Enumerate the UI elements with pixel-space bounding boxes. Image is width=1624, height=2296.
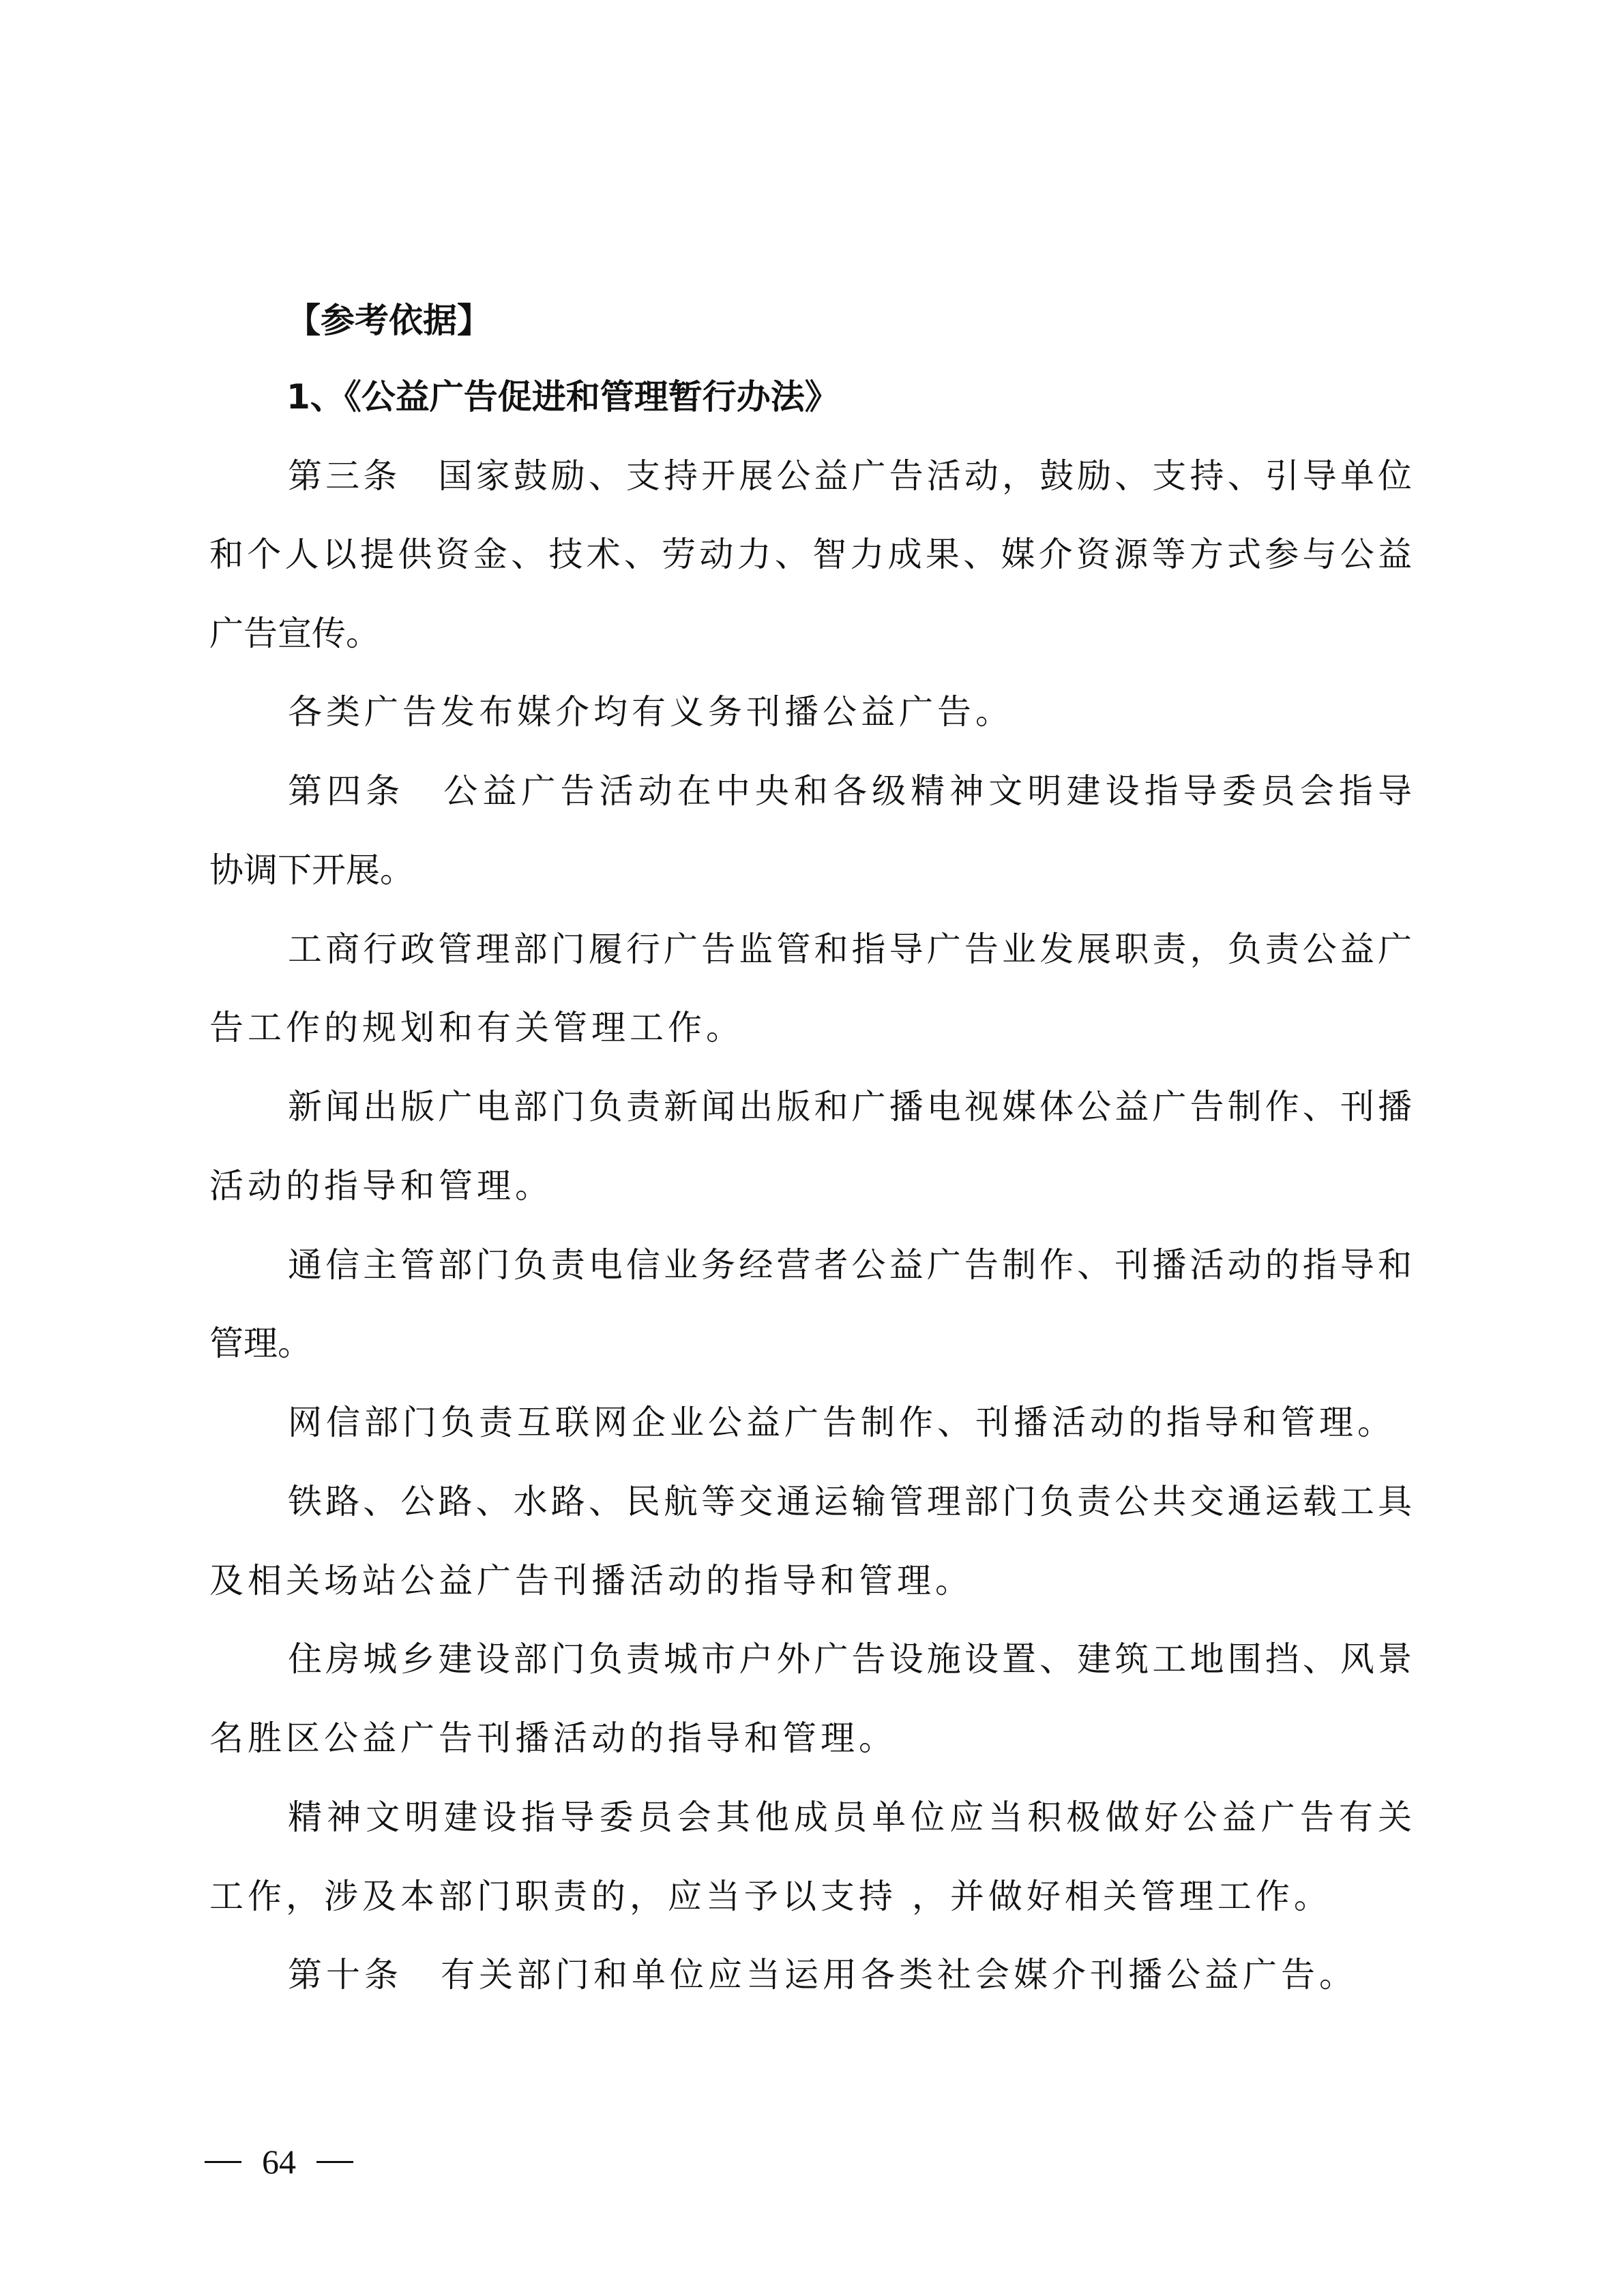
- body-line: 住房城乡建设部门负责城市户外广告设施设置、建筑工地围挡、风景: [288, 1632, 1412, 1686]
- body-line: 名胜区公益广告刊播活动的指导和管理。: [209, 1711, 897, 1765]
- body-line: 活动的指导和管理。: [209, 1159, 553, 1213]
- body-line: 各类广告发布媒介均有义务刊播公益广告。: [288, 685, 1014, 739]
- body-line: 第四条 公益广告活动在中央和各级精神文明建设指导委员会指导: [288, 764, 1412, 818]
- body-line: 工作，涉及本部门职责的，应当予以支持 ，并做好相关管理工作。: [209, 1869, 1332, 1924]
- body-line: 协调下开展。: [209, 843, 414, 897]
- body-line: 第十条 有关部门和单位应当运用各类社会媒介刊播公益广告。: [288, 1948, 1357, 2002]
- body-line: 管理。: [209, 1316, 312, 1371]
- document-page: 【参考依据】 1、《公益广告促进和管理暂行办法》 第三条 国家鼓励、支持开展公益…: [0, 0, 1624, 2296]
- page-number: 64: [262, 2134, 296, 2189]
- body-line: 通信主管部门负责电信业务经营者公益广告制作、刊播活动的指导和: [288, 1238, 1412, 1292]
- law-title: 1、《公益广告促进和管理暂行办法》: [286, 370, 839, 424]
- body-line: 工商行政管理部门履行广告监管和指导广告业发展职责，负责公益广: [288, 922, 1412, 976]
- page-footer: 64: [205, 2134, 353, 2189]
- body-line: 及相关场站公益广告刊播活动的指导和管理。: [209, 1553, 973, 1608]
- body-line: 和个人以提供资金、技术、劳动力、智力成果、媒介资源等方式参与公益: [209, 527, 1412, 582]
- body-line: 精神文明建设指导委员会其他成员单位应当积极做好公益广告有关: [288, 1790, 1412, 1845]
- body-line: 新闻出版广电部门负责新闻出版和广播电视媒体公益广告制作、刊播: [288, 1079, 1412, 1134]
- body-line: 网信部门负责互联网企业公益广告制作、刊播活动的指导和管理。: [288, 1395, 1396, 1450]
- body-line: 告工作的规划和有关管理工作。: [209, 1000, 744, 1055]
- footer-dash-right: [316, 2161, 353, 2163]
- body-line: 广告宣传。: [209, 606, 380, 661]
- body-line: 铁路、公路、水路、民航等交通运输管理部门负责公共交通运载工具: [288, 1474, 1412, 1529]
- body-line: 第三条 国家鼓励、支持开展公益广告活动，鼓励、支持、引导单位: [288, 449, 1412, 503]
- section-heading: 【参考依据】: [286, 293, 491, 348]
- footer-dash-left: [205, 2161, 241, 2163]
